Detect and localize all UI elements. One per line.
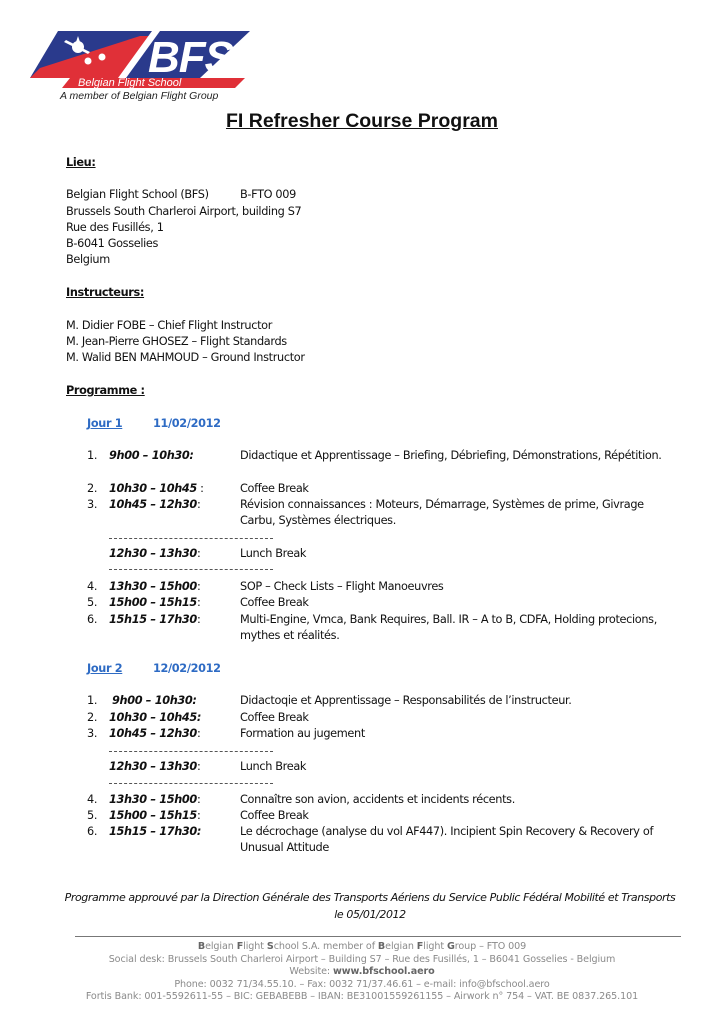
instructor-item: M. Didier FOBE – Chief Flight Instructor [66,318,272,334]
session-desc: Le décrochage (analyse du vol AF447). In… [240,824,680,857]
day-1-header: Jour 1 [87,416,122,432]
footer-address-line: Social desk: Brussels South Charleroi Ai… [0,954,724,967]
session-desc: Coffee Break [240,808,680,824]
svg-text:Belgian Flight School: Belgian Flight School [78,77,182,89]
session-desc: Coffee Break [240,710,680,726]
address-line: Rue des Fusillés, 1 [66,220,164,236]
school-code: B-FTO 009 [240,187,296,203]
footer-website-line: Website: www.bfschool.aero [0,966,724,979]
logo-tagline: A member of Belgian Flight Group [60,90,218,102]
session-time: 12h30 – 13h30: [109,546,200,562]
session-desc: Lunch Break [240,759,680,775]
page-title: FI Refresher Course Program [0,110,724,133]
session-time: 10h45 – 12h30: [109,726,200,742]
session-desc: Coffee Break [240,595,680,611]
footer: Belgian Flight School S.A. member of Bel… [0,941,724,1004]
session-time: 10h30 – 10h45 : [109,481,204,497]
session-time: 13h30 – 15h00: [109,792,200,808]
session-desc: Connaître son avion, accidents et incide… [240,792,680,808]
session-desc: Multi-Engine, Vmca, Bank Requires, Ball.… [240,612,680,645]
instructeurs-heading: Instructeurs: [66,285,144,301]
dashed-divider [109,569,273,570]
instructor-item: M. Jean-Pierre GHOSEZ – Flight Standards [66,334,287,350]
session-desc: Formation au jugement [240,726,680,742]
address-line: B-6041 Gosselies [66,236,158,252]
footer-contact-line: Phone: 0032 71/34.55.10. – Fax: 0032 71/… [0,979,724,992]
logo-graphic: BFS Belgian Flight School [30,28,252,90]
footer-bank-line: Fortis Bank: 001-5592611-55 – BIC: GEBAB… [0,991,724,1004]
footer-company-line: Belgian Flight School S.A. member of Bel… [0,941,724,954]
session-time: 9h00 – 10h30: [109,448,194,464]
session-time: 12h30 – 13h30: [109,759,200,775]
day-2-date: 12/02/2012 [153,661,221,677]
website-link[interactable]: www.bfschool.aero [333,966,435,977]
session-time: 10h30 – 10h45: [109,710,201,726]
session-desc: Didactique et Apprentissage – Briefing, … [240,448,680,464]
session-desc: Révision connaissances : Moteurs, Démarr… [240,497,680,530]
address-line: Brussels South Charleroi Airport, buildi… [66,204,301,220]
day-label: Jour 1 [87,417,122,430]
session-desc: Lunch Break [240,546,680,562]
approval-note: Programme approuvé par la Direction Géné… [60,890,680,923]
day-label: Jour 2 [87,662,122,675]
session-time: 15h00 – 15h15: [109,595,200,611]
dashed-divider [109,751,273,752]
session-time: 15h15 – 17h30: [109,612,200,628]
day-1-date: 11/02/2012 [153,416,221,432]
lieu-heading: Lieu: [66,155,96,171]
session-time: 15h00 – 15h15: [109,808,200,824]
instructor-item: M. Walid BEN MAHMOUD – Ground Instructor [66,350,305,366]
session-desc: SOP – Check Lists – Flight Manoeuvres [240,579,680,595]
session-desc: Coffee Break [240,481,680,497]
session-time: 10h45 – 12h30: [109,497,200,513]
footer-divider [75,936,681,937]
day-2-header: Jour 2 [87,661,122,677]
programme-heading: Programme : [66,383,145,399]
session-desc: Didactoqie et Apprentissage – Responsabi… [240,693,680,709]
school-name: Belgian Flight School (BFS) [66,187,209,203]
session-time: 15h15 – 17h30: [109,824,201,840]
dashed-divider [109,783,273,784]
dashed-divider [109,538,273,539]
session-time: 13h30 – 15h00: [109,579,200,595]
session-time: 9h00 – 10h30: [112,693,197,709]
svg-text:BFS: BFS [148,33,234,82]
address-line: Belgium [66,252,110,268]
